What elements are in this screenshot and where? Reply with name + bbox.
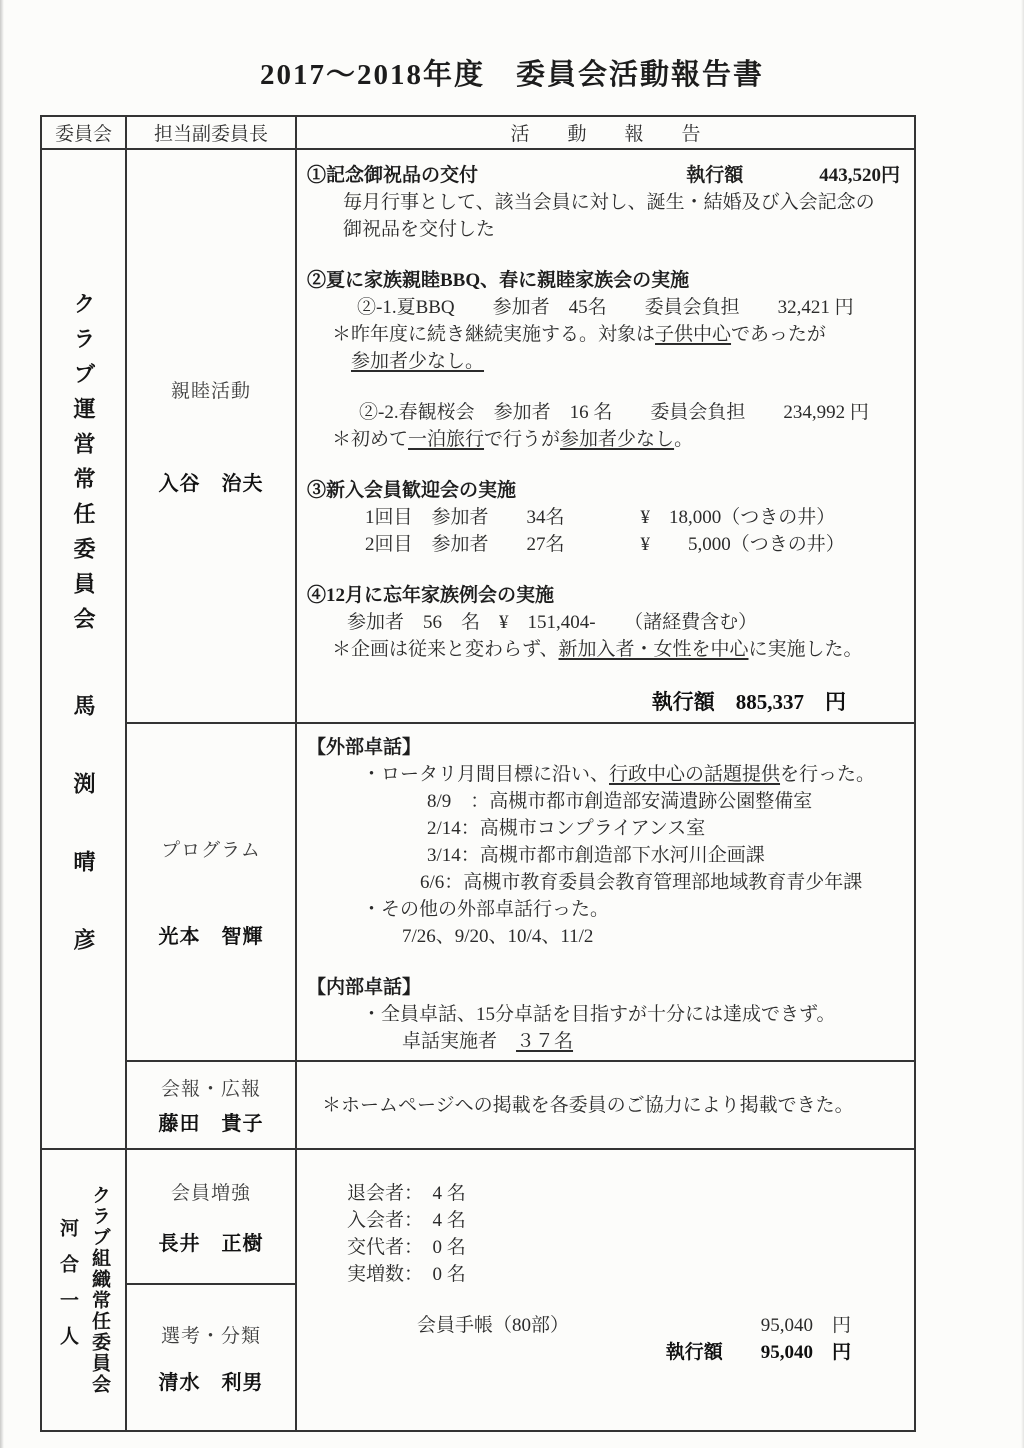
report-line: ＊ホームページへの掲載を各委員のご協力により掲載できた。 <box>307 1092 914 1119</box>
report-line: ③新入会員歓迎会の実施 <box>307 477 914 504</box>
report-line: ④12月に忘年家族例会の実施 <box>307 582 914 609</box>
report-text: 実増数： 0 名 <box>347 1264 466 1285</box>
vice-chair-cell-membership: 会員増強 長井 正樹 <box>127 1150 297 1285</box>
report-block: ＊ホームページへの掲載を各委員のご協力により掲載できた。 <box>307 1092 914 1119</box>
report-text: 交代者： 0 名 <box>347 1237 466 1258</box>
report-line: 毎月行事として、該当会員に対し、誕生・結婚及び入会記念の <box>307 189 914 216</box>
report-line: 御祝品を交付した <box>307 216 914 243</box>
report-table: 委員会 担当副委員長 活 動 報 告 クラブ運営常任委員会 馬渕晴彦 河合一人 … <box>40 115 916 1432</box>
role-label: 親睦活動 <box>171 376 251 403</box>
header-vice-chair-label: 担当副委員長 <box>154 119 268 146</box>
report-cell-bulletin-pr: ＊ホームページへの掲載を各委員のご協力により掲載できた。 <box>297 1062 914 1150</box>
report-block: ②夏に家族親睦BBQ、春に親睦家族会の実施②-1.夏BBQ 参加者 45名 委員… <box>307 267 914 375</box>
report-text: ③新入会員歓迎会の実施 <box>307 480 516 501</box>
report-cell-organization: 退会者： 4 名入会者： 4 名交代者： 0 名実増数： 0 名会員手帳（80部… <box>297 1150 914 1430</box>
underlined-text: 一泊旅行 <box>408 429 484 450</box>
report-text: ＊ホームページへの掲載を各委員のご協力により掲載できた。 <box>322 1095 854 1116</box>
report-cell-fellowship: ①記念御祝品の交付執行額 443,520円毎月行事として、該当会員に対し、誕生・… <box>297 150 914 724</box>
member-name: 藤田 貴子 <box>159 1107 264 1136</box>
member-name: 長井 正樹 <box>159 1227 264 1256</box>
report-line: 実増数： 0 名 <box>307 1261 914 1288</box>
report-text: 参加者 56 名 ¥ 151,404- （諸経費含む） <box>347 612 757 633</box>
report-line: 参加者少なし。 <box>307 348 914 375</box>
report-text: 執行額 443,520円 <box>686 165 900 186</box>
committee-chair-name-vertical: 河合一人 <box>54 1218 81 1362</box>
right-aligned-amount: 95,040 円 <box>761 1312 914 1339</box>
committee-name-vertical: クラブ運営常任委員会 <box>68 292 99 642</box>
report-text: ＊昨年度に続き継続実施する。対象は <box>332 324 655 345</box>
report-section-program: 【外部卓話】・ロータリ月間目標に沿い、行政中心の話題提供を行った。8/9 ：高槻… <box>297 724 914 1055</box>
report-text: 執行額 95,040 円 <box>666 1342 851 1363</box>
report-text: 御祝品を交付した <box>343 219 495 240</box>
report-text: 1回目 参加者 34名 ¥ 18,000（つきの井） <box>365 507 835 528</box>
committee-name-vertical: クラブ組織常任委員会 <box>86 1185 113 1395</box>
committee-cell-club-organization: 河合一人 クラブ組織常任委員会 <box>42 1150 127 1430</box>
report-line: ②-2.春観桜会 参加者 16 名 委員会負担 234,992 円 <box>307 399 914 426</box>
report-text: ②夏に家族親睦BBQ、春に親睦家族会の実施 <box>307 270 689 291</box>
report-section-bulletin: ＊ホームページへの掲載を各委員のご協力により掲載できた。 <box>297 1092 914 1119</box>
report-line: ・その他の外部卓話行った。 <box>307 896 914 923</box>
report-line: 8/9 ：高槻市都市創造部安満遺跡公園整備室 <box>307 788 914 815</box>
role-label: プログラム <box>161 835 261 862</box>
report-text: 【内部卓話】 <box>307 977 421 998</box>
report-line: ＊企画は従来と変わらず、新加入者・女性を中心に実施した。 <box>307 636 914 663</box>
report-line: ・ロータリ月間目標に沿い、行政中心の話題提供を行った。 <box>307 761 914 788</box>
role-label: 選考・分類 <box>161 1321 261 1348</box>
report-line: ・全員卓話、15分卓話を目指すが十分には達成できず。 <box>307 1001 914 1028</box>
vice-chair-cell-program: プログラム 光本 智輝 <box>127 724 297 1062</box>
report-text: 会員手帳（80部） <box>417 1312 569 1339</box>
report-text: で行うが <box>484 429 560 450</box>
underlined-text: 子供中心 <box>655 324 731 345</box>
report-line: ②夏に家族親睦BBQ、春に親睦家族会の実施 <box>307 267 914 294</box>
report-text: ・全員卓話、15分卓話を目指すが十分には達成できず。 <box>362 1004 835 1025</box>
report-section-fellowship: ①記念御祝品の交付執行額 443,520円毎月行事として、該当会員に対し、誕生・… <box>297 150 914 717</box>
member-name: 光本 智輝 <box>159 920 264 949</box>
report-block: ③新入会員歓迎会の実施1回目 参加者 34名 ¥ 18,000（つきの井）2回目… <box>307 477 914 558</box>
member-name: 清水 利男 <box>159 1366 264 1395</box>
report-text: 8/9 ：高槻市都市創造部安満遺跡公園整備室 <box>427 791 812 812</box>
report-block: ①記念御祝品の交付執行額 443,520円毎月行事として、該当会員に対し、誕生・… <box>307 162 914 243</box>
report-block: ②-2.春観桜会 参加者 16 名 委員会負担 234,992 円＊初めて一泊旅… <box>307 399 914 453</box>
report-text: 退会者： 4 名 <box>347 1183 466 1204</box>
report-text: ①記念御祝品の交付 <box>307 162 478 189</box>
report-text: 2/14：高槻市コンプライアンス室 <box>427 818 705 839</box>
report-block: 執行額 885,337 円 <box>307 687 914 717</box>
scanned-report-page: 2017〜2018年度 委員会活動報告書 委員会 担当副委員長 活 動 報 告 … <box>0 0 1024 1448</box>
report-text: 卓話実施者 <box>402 1031 516 1052</box>
role-label: 会員増強 <box>171 1178 251 1205</box>
report-line: 卓話実施者 ３７名 <box>307 1028 914 1055</box>
scan-edge-artifact-left <box>0 0 4 1448</box>
report-text: 3/14：高槻市都市創造部下水河川企画課 <box>427 845 765 866</box>
report-text: であったが <box>731 324 826 345</box>
report-text: 入会者： 4 名 <box>347 1210 466 1231</box>
report-cell-program: 【外部卓話】・ロータリ月間目標に沿い、行政中心の話題提供を行った。8/9 ：高槻… <box>297 724 914 1062</box>
report-text: ・その他の外部卓話行った。 <box>362 899 609 920</box>
report-line: 執行額 95,040 円 <box>307 1339 914 1366</box>
report-text: 95,040 円 <box>761 1315 851 1336</box>
report-text: ＊企画は従来と変わらず、 <box>332 639 558 660</box>
report-line: 【外部卓話】 <box>307 734 914 761</box>
report-text: 6/6：高槻市教育委員会教育管理部地域教育青少年課 <box>420 872 862 893</box>
report-line: 退会者： 4 名 <box>307 1180 914 1207</box>
report-text: 。 <box>674 429 693 450</box>
underlined-text: 参加者少なし <box>560 429 674 450</box>
report-line: 6/6：高槻市教育委員会教育管理部地域教育青少年課 <box>307 869 914 896</box>
report-block: 退会者： 4 名入会者： 4 名交代者： 0 名実増数： 0 名 <box>307 1180 914 1288</box>
report-block: 【内部卓話】・全員卓話、15分卓話を目指すが十分には達成できず。卓話実施者 ３７… <box>307 974 914 1055</box>
report-text: に実施した。 <box>749 639 863 660</box>
header-activity-report-label: 活 動 報 告 <box>510 119 700 146</box>
report-text: ②-1.夏BBQ 参加者 45名 委員会負担 32,421 円 <box>357 297 854 318</box>
right-aligned-amount: 執行額 443,520円 <box>686 162 914 189</box>
report-line: 2回目 参加者 27名 ¥ 5,000（つきの井） <box>307 531 914 558</box>
report-text: ・ロータリ月間目標に沿い、 <box>362 764 609 785</box>
report-line: ＊昨年度に続き継続実施する。対象は子供中心であったが <box>307 321 914 348</box>
underlined-text: 参加者少なし。 <box>351 351 484 372</box>
report-block: 【外部卓話】・ロータリ月間目標に沿い、行政中心の話題提供を行った。8/9 ：高槻… <box>307 734 914 950</box>
page-title: 2017〜2018年度 委員会活動報告書 <box>0 52 1024 93</box>
report-text: 7/26、9/20、10/4、11/2 <box>402 926 593 947</box>
report-line: 3/14：高槻市都市創造部下水河川企画課 <box>307 842 914 869</box>
vice-chair-cell-bulletin-pr: 会報・広報 藤田 貴子 <box>127 1062 297 1150</box>
report-line: 交代者： 0 名 <box>307 1234 914 1261</box>
report-line: 会員手帳（80部）95,040 円 <box>307 1312 914 1339</box>
report-text: ②-2.春観桜会 参加者 16 名 委員会負担 234,992 円 <box>359 402 869 423</box>
committee-cell-club-management: クラブ運営常任委員会 馬渕晴彦 <box>42 150 127 1150</box>
header-cell-committee: 委員会 <box>42 117 127 150</box>
report-line: 参加者 56 名 ¥ 151,404- （諸経費含む） <box>307 609 914 636</box>
report-line: 執行額 885,337 円 <box>307 687 914 717</box>
header-cell-activity-report: 活 動 報 告 <box>297 117 914 150</box>
report-line: 【内部卓話】 <box>307 974 914 1001</box>
report-line: 2/14：高槻市コンプライアンス室 <box>307 815 914 842</box>
committee-chair-name-vertical: 馬渕晴彦 <box>68 694 99 1006</box>
report-text: を行った。 <box>780 764 875 785</box>
report-line: 7/26、9/20、10/4、11/2 <box>307 923 914 950</box>
report-text: 【外部卓話】 <box>307 737 421 758</box>
report-line: ①記念御祝品の交付執行額 443,520円 <box>307 162 914 189</box>
header-cell-vice-chair: 担当副委員長 <box>127 117 297 150</box>
report-line: 入会者： 4 名 <box>307 1207 914 1234</box>
underlined-text: ３７名 <box>516 1031 573 1052</box>
report-text: 毎月行事として、該当会員に対し、誕生・結婚及び入会記念の <box>343 192 875 213</box>
report-line: ②-1.夏BBQ 参加者 45名 委員会負担 32,421 円 <box>307 294 914 321</box>
underlined-text: 行政中心の話題提供 <box>609 764 780 785</box>
report-text: 2回目 参加者 27名 ¥ 5,000（つきの井） <box>365 534 845 555</box>
report-line: 1回目 参加者 34名 ¥ 18,000（つきの井） <box>307 504 914 531</box>
report-block: 会員手帳（80部）95,040 円執行額 95,040 円 <box>307 1312 914 1366</box>
header-committee-label: 委員会 <box>55 119 112 146</box>
vice-chair-cell-selection-classification: 選考・分類 清水 利男 <box>127 1285 297 1430</box>
report-block: ④12月に忘年家族例会の実施参加者 56 名 ¥ 151,404- （諸経費含む… <box>307 582 914 663</box>
underlined-text: 新加入者・女性を中心 <box>558 639 748 660</box>
report-text: ＊初めて <box>332 429 408 450</box>
report-text: ④12月に忘年家族例会の実施 <box>307 585 554 606</box>
member-name: 入谷 治夫 <box>159 467 264 496</box>
role-label: 会報・広報 <box>161 1074 261 1101</box>
report-line: ＊初めて一泊旅行で行うが参加者少なし。 <box>307 426 914 453</box>
report-section-organization: 退会者： 4 名入会者： 4 名交代者： 0 名実増数： 0 名会員手帳（80部… <box>297 1150 914 1366</box>
vice-chair-cell-fellowship: 親睦活動 入谷 治夫 <box>127 150 297 724</box>
report-text: 執行額 885,337 円 <box>652 690 846 714</box>
